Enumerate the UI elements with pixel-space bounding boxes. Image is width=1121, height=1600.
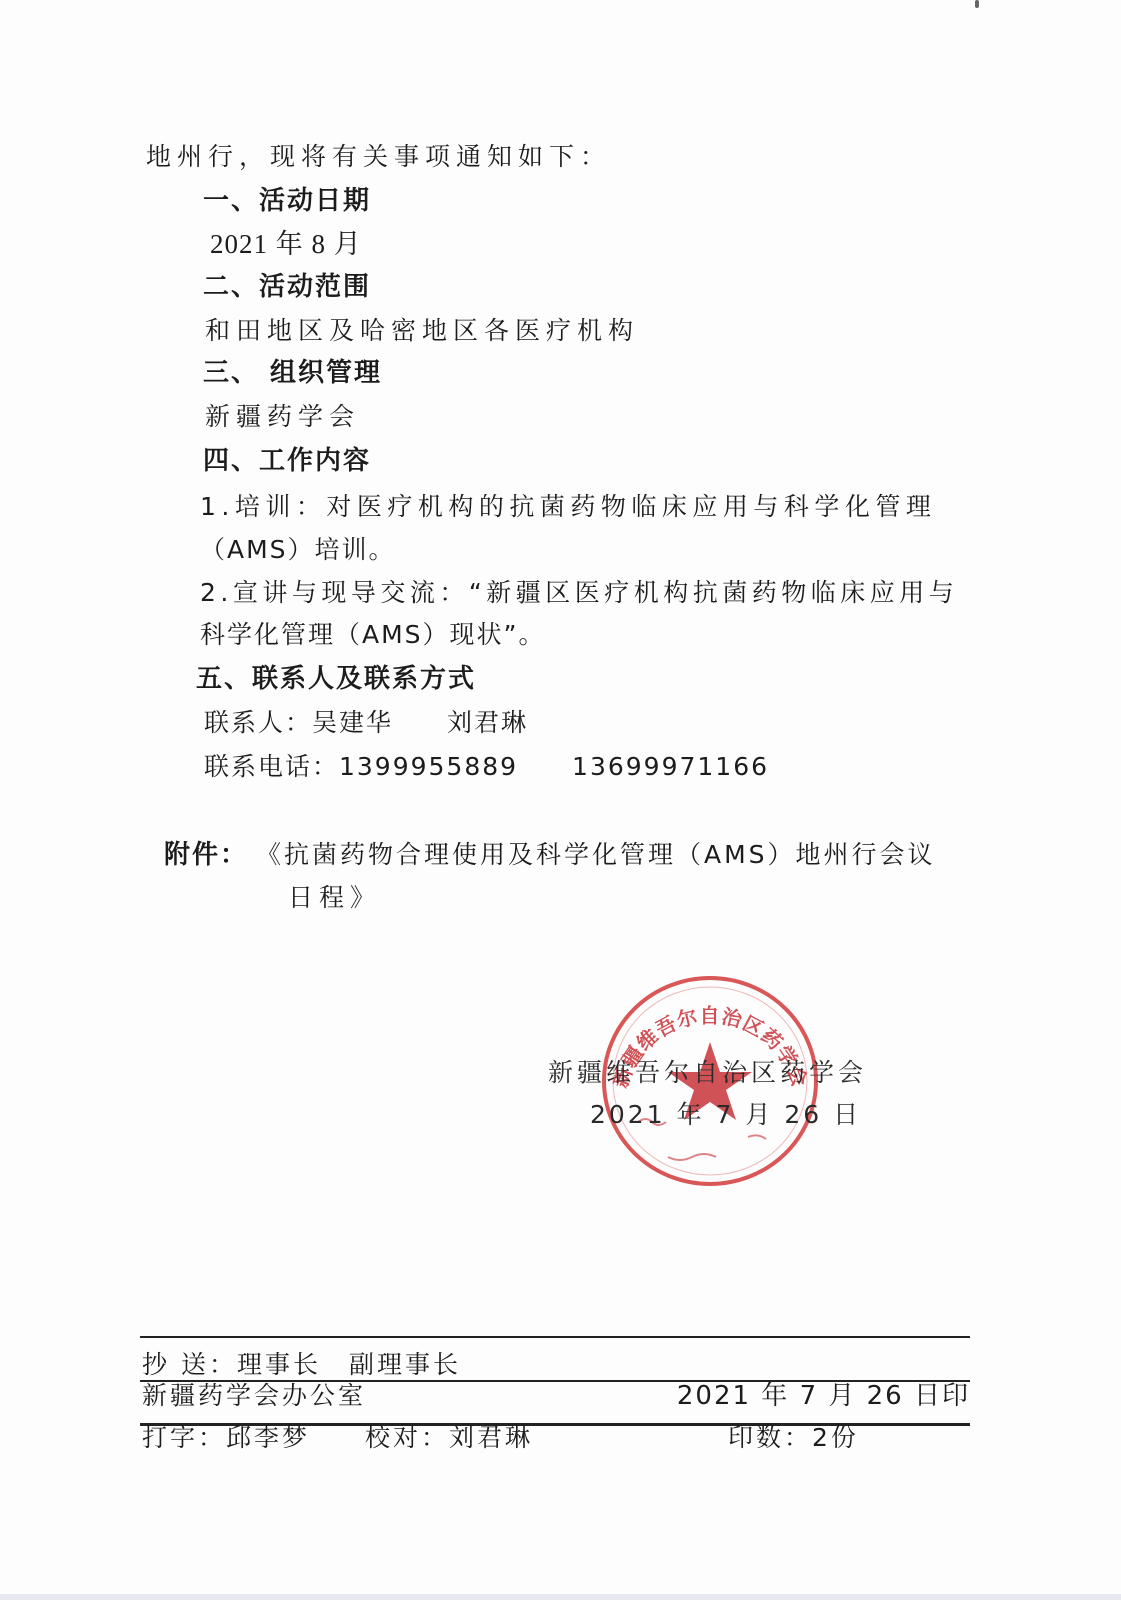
footer-rule-top (140, 1336, 970, 1338)
attachment-title-line-2: 日程》 (288, 883, 381, 913)
attachment-title-line-1: 《抗菌药物合理使用及科学化管理（AMS）地州行会议 (256, 840, 936, 870)
contact-persons: 联系人：吴建华 刘君琳 (204, 708, 528, 738)
typist: 打字：邱李梦 (142, 1410, 310, 1466)
scan-artifact (975, 0, 979, 8)
signature-date: 2021 年 7 月 26 日 (590, 1095, 861, 1131)
contact-phones: 联系电话：1399955889 13699971166 (204, 752, 769, 782)
intro-line: 地州行，现将有关事项通知如下： (146, 142, 611, 172)
section-heading-scope: 二、活动范围 (203, 272, 371, 302)
section-heading-contact: 五、联系人及联系方式 (196, 664, 476, 694)
section-heading-date: 一、活动日期 (203, 186, 371, 216)
activity-date: 2021 年 8 月 (210, 229, 362, 259)
proofreader: 校对：刘君琳 (365, 1410, 533, 1466)
section-heading-organization: 三、 组织管理 (203, 358, 382, 388)
work-item-1-line-1: 1.培训：对医疗机构的抗菌药物临床应用与科学化管理 (200, 492, 936, 522)
work-item-1-line-2: （AMS）培训。 (200, 535, 396, 565)
page-edge (0, 1594, 1121, 1600)
attachment-label: 附件： (164, 840, 248, 870)
signature-organization: 新疆维吾尔自治区药学会 (548, 1053, 867, 1089)
activity-scope: 和田地区及哈密地区各医疗机构 (205, 316, 639, 346)
section-heading-work: 四、工作内容 (203, 446, 371, 476)
work-item-2-line-2: 科学化管理（AMS）现状”。 (200, 620, 546, 650)
work-item-2-line-1: 2.宣讲与现导交流：“新疆区医疗机构抗菌药物临床应用与 (200, 578, 958, 608)
print-copies: 印数：2份 (728, 1410, 859, 1466)
organizer: 新疆药学会 (205, 402, 360, 432)
